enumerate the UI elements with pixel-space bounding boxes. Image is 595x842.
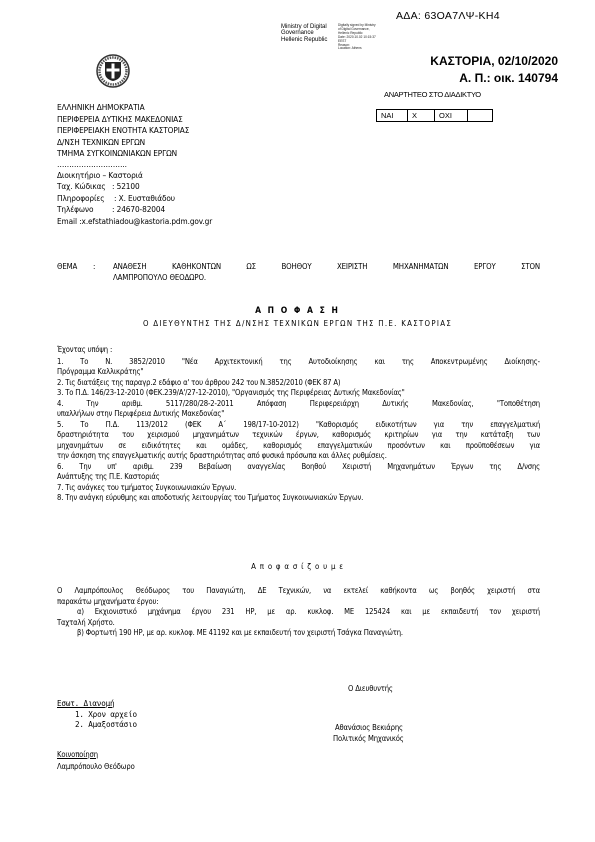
consideration-item: 4. Την αριθμ. 5117/280/28-2-2011 Απόφαση… [57, 399, 540, 410]
email-link[interactable]: Email :x.efstathiadou@kastoria.pdm.gov.g… [57, 216, 212, 228]
digital-signature-details: Digitally signed by Ministry of Digital … [338, 24, 376, 51]
signature-detail: Location: Athens [338, 47, 376, 51]
signature-line: Hellenic Republic [281, 37, 327, 43]
consideration-item: 2. Τις διατάξεις της παραγρ.2 εδάφιο α' … [57, 378, 540, 389]
we-decide-heading: Α π ο φ α σ ί ζ ο υ μ ε [0, 562, 595, 571]
contact-row: Τηλέφωνο: 24670-82004 [57, 204, 212, 216]
subject-sep: : [93, 262, 113, 273]
cc-block: Κοινοποίηση Λαμπρόπουλο Θεόδωρο [57, 750, 135, 772]
internal-distribution-item: 1. Χρον αρχείο [57, 710, 137, 721]
issuer-block: ΕΛΛΗΝΙΚΗ ΔΗΜΟΚΡΑΤΙΑ ΠΕΡΙΦΕΡΕΙΑ ΔΥΤΙΚΗΣ Μ… [57, 102, 212, 227]
consideration-item-cont: Ανάπτυξης της Π.Ε. Καστοριάς [57, 472, 540, 483]
issuer-line: ΠΕΡΙΦΕΡΕΙΑΚΗ ΕΝΟΤΗΤΑ ΚΑΣΤΟΡΙΑΣ [57, 125, 212, 137]
distribution-block: Εσωτ. Διανομή 1. Χρον αρχείο 2. Αμαξοστά… [57, 699, 137, 731]
decision-body: Ο Λαμπρόπουλος Θεόδωρος του Παναγιώτη, Δ… [57, 586, 540, 639]
consideration-item-cont: μηχανημάτων σε ειδικότητες και ομάδες, κ… [57, 441, 540, 452]
considering-section: Έχοντας υπόψη : 1. Το Ν. 3852/2010 "Νέα … [57, 345, 540, 504]
contact-row: Ταχ. Κώδικας: 52100 [57, 181, 212, 193]
issuer-line: ΠΕΡΙΦΕΡΕΙΑ ΔΥΤΙΚΗΣ ΜΑΚΕΔΟΝΙΑΣ [57, 114, 212, 126]
consideration-item-cont: υπαλλήλων στην Περιφέρεια Δυτικής Μακεδο… [57, 409, 540, 420]
cc-label: Κοινοποίηση [57, 750, 135, 761]
contact-row: Πληροφορίες: Χ. Ευσταθιάδου [57, 193, 212, 205]
posting-mark: Χ [408, 110, 435, 122]
consideration-item-cont: Πρόγραμμα Καλλικράτης" [57, 367, 540, 378]
protocol-number: Α. Π.: οικ. 140794 [459, 71, 558, 85]
consideration-item: 1. Το Ν. 3852/2010 "Νέα Αρχιτεκτονική τη… [57, 357, 540, 368]
internal-distribution-label: Εσωτ. Διανομή [57, 699, 137, 710]
decision-text-cont: παρακάτω μηχανήματα έργου: [57, 597, 540, 608]
posting-no: ΟΧΙ [435, 110, 468, 122]
posting-label: ΑΝΑΡΤΗΤΕΟ ΣΤΟ ΔΙΑΔΙΚΤΥΟ [384, 90, 481, 99]
internal-distribution-item: 2. Αμαξοστάσιο [57, 720, 137, 731]
subject-label: ΘΕΜΑ [57, 262, 93, 273]
issuer-line: Δ/ΝΣΗ ΤΕΧΝΙΚΩΝ ΕΡΓΩΝ [57, 137, 212, 149]
greek-emblem-icon [96, 54, 130, 88]
ada-code: ΑΔΑ: 63ΟΑ7ΛΨ-ΚΗ4 [396, 10, 500, 22]
contact-label: Πληροφορίες [57, 193, 114, 205]
subject-line-1: ΑΝΑΘΕΣΗ ΚΑΘΗΚΟΝΤΩΝ ΩΣ ΒΟΗΘΟΥ ΧΕΙΡΙΣΤΗ ΜΗ… [113, 262, 540, 273]
subject-line-2: ΛΑΜΠΡΟΠΟΥΛΟ ΘΕΟΔΩΡΟ. [57, 273, 540, 284]
consideration-item: 5. Το Π.Δ. 113/2012 (ΦΕΚ Α΄ 198/17-10-20… [57, 420, 540, 431]
cc-item: Λαμπρόπουλο Θεόδωρο [57, 762, 135, 773]
issuer-line: ΕΛΛΗΝΙΚΗ ΔΗΜΟΚΡΑΤΙΑ [57, 102, 212, 114]
signatory-title: Πολιτικός Μηχανικός [333, 734, 404, 745]
consideration-item: 8. Την ανάγκη εύρυθμης και αποδοτικής λε… [57, 493, 540, 504]
decision-subtitle: Ο ΔΙΕΥΘΥΝΤΗΣ ΤΗΣ Δ/ΝΣΗΣ ΤΕΧΝΙΚΩΝ ΕΡΓΩΝ Τ… [0, 319, 595, 328]
considering-label: Έχοντας υπόψη : [57, 345, 540, 356]
issuer-line: ……………………….. [57, 160, 212, 168]
signatory-name: Αθανάσιος Βεκιάρης [335, 723, 403, 734]
subject: ΘΕΜΑ : ΑΝΑΘΕΣΗ ΚΑΘΗΚΟΝΤΩΝ ΩΣ ΒΟΗΘΟΥ ΧΕΙΡ… [57, 262, 540, 283]
consideration-item: 7. Τις ανάγκες του τμήματος Συγκοινωνιακ… [57, 483, 540, 494]
machine-item: β) Φορτωτή 190 HP, με αρ. κυκλοφ. ΜΕ 411… [57, 628, 540, 639]
contact-label: Τηλέφωνο [57, 204, 112, 216]
decision-title: Α Π Ο Φ Α Σ Η [0, 306, 595, 316]
contact-value: : 52100 [112, 181, 140, 191]
contact-value: : Χ. Ευσταθιάδου [114, 193, 175, 203]
consideration-item: 6. Την υπ' αριθμ. 239 Βεβαίωση αναγγελία… [57, 462, 540, 473]
issuer-address: Διοικητήριο – Καστοριά [57, 170, 212, 182]
machine-item-cont: Ταχταλή Χρήστο. [57, 618, 540, 629]
posting-empty [468, 110, 493, 122]
digital-signature-label: Ministry of Digital Governance Hellenic … [281, 24, 327, 43]
place-date: ΚΑΣΤΟΡΙΑ, 02/10/2020 [430, 54, 558, 68]
contact-value: : 24670-82004 [112, 204, 165, 214]
posting-yes: ΝΑΙ [377, 110, 408, 122]
contact-label: Ταχ. Κώδικας [57, 181, 112, 193]
consideration-item-cont: την άσκηση της επαγγελματικής αυτής δρασ… [57, 451, 540, 462]
machine-item: α) Εκχιονιστικό μηχάνημα έργου 231 HP, μ… [57, 607, 540, 618]
consideration-item: 3. Το Π.Δ. 146/23-12-2010 (ΦΕΚ.239/Α'/27… [57, 388, 540, 399]
consideration-item-cont: δραστηριότητα του χειρισμού μηχανημάτων … [57, 430, 540, 441]
posting-table: ΝΑΙ Χ ΟΧΙ [376, 109, 493, 122]
decision-text: Ο Λαμπρόπουλος Θεόδωρος του Παναγιώτη, Δ… [57, 586, 540, 597]
signatory-role: Ο Διευθυντής [348, 684, 393, 695]
issuer-line: ΤΜΗΜΑ ΣΥΓΚΟΙΝΩΝΙΑΚΩΝ ΕΡΓΩΝ [57, 148, 212, 160]
